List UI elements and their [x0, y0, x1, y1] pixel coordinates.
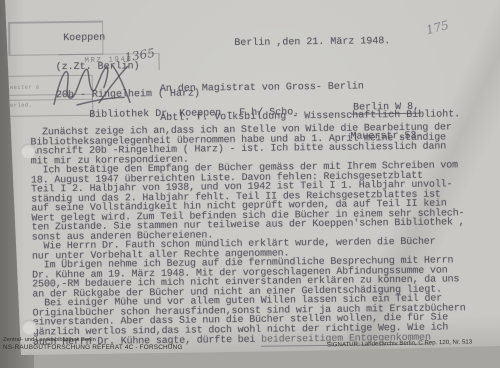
last-line-underlined: beiderseitigem Entgegenkommen: [261, 333, 431, 347]
punch-hole-bottom: [22, 319, 37, 334]
punch-hole-top: [21, 143, 36, 158]
typed-content-layer: weiter a erled. Koeppen (z.Zt. Berlin) 2…: [0, 0, 500, 368]
archive-page-number: 175: [425, 21, 450, 36]
sender-name: Koeppen: [55, 32, 199, 43]
handwritten-signature: [48, 56, 145, 111]
recipient-city: Berlin W 8,: [351, 102, 421, 115]
scanned-letter-page: weiter a erled. Koeppen (z.Zt. Berlin) 2…: [0, 0, 500, 368]
letter-body: Zunächst zeige ich an,dass ich an Stelle…: [30, 123, 477, 337]
letter-body-last-line: auch Herrn Dr. Kühne sagte, dürfte bei b…: [33, 334, 431, 348]
date-line: Berlin ,den 21. März 1948.: [234, 37, 390, 48]
last-line-prefix: auch Herrn Dr. Kühne sagte, dürfte bei: [33, 335, 261, 349]
margin-stamp-weiter-label: weiter a: [10, 83, 40, 90]
letter-paper: weiter a erled. Koeppen (z.Zt. Berlin) 2…: [0, 0, 500, 368]
margin-stamp-erledigt-label: erled.: [10, 102, 32, 109]
reference-line: Bibliothek Dr. Koeppen - F.h/ Scho.: [89, 108, 299, 120]
